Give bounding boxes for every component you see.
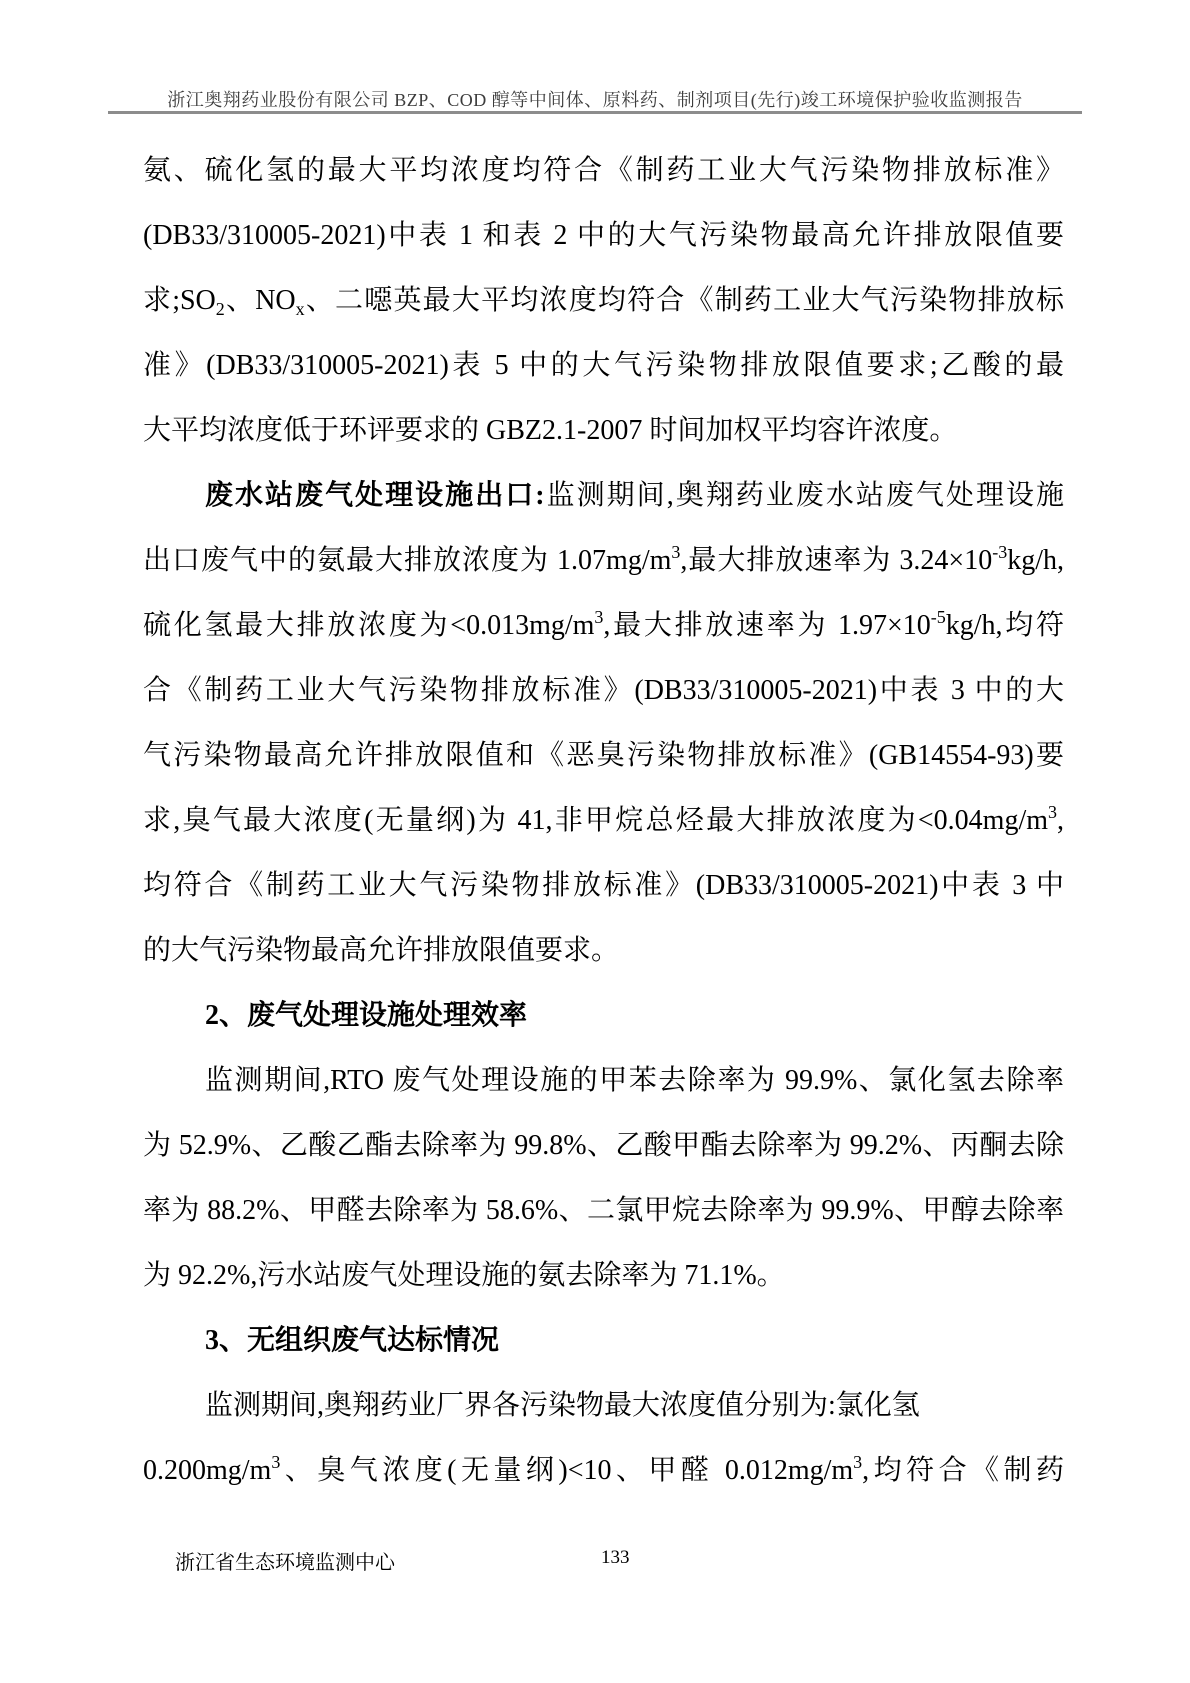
text-segment: 硫化氢最大排放浓度为<0.013mg/m xyxy=(143,610,594,641)
footer-page-number: 133 xyxy=(601,1547,630,1569)
text-segment: (DB33/310005-2021)中表 1 和表 2 中的大气污染物最高允许排… xyxy=(143,220,1064,251)
text-line: 大平均浓度低于环评要求的 GBZ2.1-2007 时间加权平均容许浓度。 xyxy=(143,398,1064,463)
text-line: 合《制药工业大气污染物排放标准》(DB33/310005-2021)中表 3 中… xyxy=(143,658,1064,723)
bold-text-segment: 废水站废气处理设施出口: xyxy=(205,480,545,511)
text-line: 硫化氢最大排放浓度为<0.013mg/m3,最大排放速率为 1.97×10-5k… xyxy=(143,593,1064,658)
text-segment: 、NO xyxy=(225,285,296,316)
text-segment: 监测期间,RTO 废气处理设施的甲苯去除率为 99.9%、氯化氢去除率 xyxy=(205,1065,1064,1096)
text-line: 准》(DB33/310005-2021)表 5 中的大气污染物排放限值要求;乙酸… xyxy=(143,333,1064,398)
text-line: 均符合《制药工业大气污染物排放标准》(DB33/310005-2021)中表 3… xyxy=(143,853,1064,918)
header-rule xyxy=(108,111,1082,114)
bold-text-segment: 3、无组织废气达标情况 xyxy=(205,1325,499,1356)
text-segment: 监测期间,奥翔药业厂界各污染物最大浓度值分别为:氯化氢 xyxy=(205,1390,920,1421)
text-line: 废水站废气处理设施出口:监测期间,奥翔药业废水站废气处理设施 xyxy=(143,463,1064,528)
text-line: 率为 88.2%、甲醛去除率为 58.6%、二氯甲烷去除率为 99.9%、甲醇去… xyxy=(143,1178,1064,1243)
document-page: 浙江奥翔药业股份有限公司 BZP、COD 醇等中间体、原料药、制剂项目(先行)竣… xyxy=(0,0,1190,1683)
text-segment: x xyxy=(296,299,305,319)
text-line: 监测期间,奥翔药业厂界各污染物最大浓度值分别为:氯化氢 xyxy=(143,1373,1064,1438)
text-segment: 求,臭气最大浓度(无量纲)为 41,非甲烷总烃最大排放浓度为<0.04mg/m xyxy=(143,805,1048,836)
text-line: 氨、硫化氢的最大平均浓度均符合《制药工业大气污染物排放标准》 xyxy=(143,138,1064,203)
text-segment: 为 52.9%、乙酸乙酯去除率为 99.8%、乙酸甲酯去除率为 99.2%、丙酮… xyxy=(143,1130,1064,1161)
text-segment: 3 xyxy=(1048,802,1057,822)
page-header: 浙江奥翔药业股份有限公司 BZP、COD 醇等中间体、原料药、制剂项目(先行)竣… xyxy=(0,86,1190,112)
text-line: (DB33/310005-2021)中表 1 和表 2 中的大气污染物最高允许排… xyxy=(143,203,1064,268)
bold-text-segment: 2、废气处理设施处理效率 xyxy=(205,1000,527,1031)
text-line: 出口废气中的氨最大排放浓度为 1.07mg/m3,最大排放速率为 3.24×10… xyxy=(143,528,1064,593)
text-segment: kg/h, xyxy=(1007,545,1064,576)
text-segment: 为 92.2%,污水站废气处理设施的氨去除率为 71.1%。 xyxy=(143,1260,785,1291)
text-segment: 求;SO xyxy=(143,285,216,316)
text-segment: ,最大排放速率为 3.24×10 xyxy=(680,545,992,576)
text-segment: 2 xyxy=(216,299,225,319)
text-segment: 3 xyxy=(853,1452,862,1472)
text-segment: 合《制药工业大气污染物排放标准》(DB33/310005-2021)中表 3 中… xyxy=(143,675,1064,706)
text-segment: 大平均浓度低于环评要求的 GBZ2.1-2007 时间加权平均容许浓度。 xyxy=(143,415,957,446)
text-segment: -3 xyxy=(992,542,1007,562)
text-line: 监测期间,RTO 废气处理设施的甲苯去除率为 99.9%、氯化氢去除率 xyxy=(143,1048,1064,1113)
text-segment: 的大气污染物最高允许排放限值要求。 xyxy=(143,935,619,966)
text-segment: -5 xyxy=(931,607,946,627)
text-segment: , xyxy=(1057,805,1064,836)
text-line: 为 52.9%、乙酸乙酯去除率为 99.8%、乙酸甲酯去除率为 99.2%、丙酮… xyxy=(143,1113,1064,1178)
text-segment: 、臭气浓度(无量纲)<10、甲醛 0.012mg/m xyxy=(280,1455,853,1486)
text-segment: ,均符合《制药 xyxy=(862,1455,1064,1486)
document-body: 氨、硫化氢的最大平均浓度均符合《制药工业大气污染物排放标准》(DB33/3100… xyxy=(143,138,1064,1503)
text-line: 0.200mg/m3、臭气浓度(无量纲)<10、甲醛 0.012mg/m3,均符… xyxy=(143,1438,1064,1503)
text-line: 求;SO2、NOx、二噁英最大平均浓度均符合《制药工业大气污染物排放标 xyxy=(143,268,1064,333)
section-heading: 2、废气处理设施处理效率 xyxy=(143,983,1064,1048)
text-line: 的大气污染物最高允许排放限值要求。 xyxy=(143,918,1064,983)
text-segment: 出口废气中的氨最大排放浓度为 1.07mg/m xyxy=(143,545,671,576)
text-line: 为 92.2%,污水站废气处理设施的氨去除率为 71.1%。 xyxy=(143,1243,1064,1308)
footer-organization: 浙江省生态环境监测中心 xyxy=(175,1546,395,1575)
section-heading: 3、无组织废气达标情况 xyxy=(143,1308,1064,1373)
text-line: 求,臭气最大浓度(无量纲)为 41,非甲烷总烃最大排放浓度为<0.04mg/m3… xyxy=(143,788,1064,853)
text-segment: 均符合《制药工业大气污染物排放标准》(DB33/310005-2021)中表 3… xyxy=(143,870,1064,901)
text-segment: 0.200mg/m xyxy=(143,1455,271,1486)
text-segment: 监测期间,奥翔药业废水站废气处理设施 xyxy=(545,480,1064,511)
text-segment: 3 xyxy=(271,1452,280,1472)
text-segment: ,最大排放速率为 1.97×10 xyxy=(603,610,930,641)
text-segment: 率为 88.2%、甲醛去除率为 58.6%、二氯甲烷去除率为 99.9%、甲醇去… xyxy=(143,1195,1064,1226)
text-segment: kg/h,均符 xyxy=(946,610,1064,641)
text-segment: 准》(DB33/310005-2021)表 5 中的大气污染物排放限值要求;乙酸… xyxy=(143,350,1064,381)
text-segment: 氨、硫化氢的最大平均浓度均符合《制药工业大气污染物排放标准》 xyxy=(143,155,1064,186)
header-title: 浙江奥翔药业股份有限公司 BZP、COD 醇等中间体、原料药、制剂项目(先行)竣… xyxy=(167,90,1023,110)
text-segment: 气污染物最高允许排放限值和《恶臭污染物排放标准》(GB14554-93)要 xyxy=(143,740,1064,771)
text-segment: 、二噁英最大平均浓度均符合《制药工业大气污染物排放标 xyxy=(305,285,1064,316)
text-line: 气污染物最高允许排放限值和《恶臭污染物排放标准》(GB14554-93)要 xyxy=(143,723,1064,788)
